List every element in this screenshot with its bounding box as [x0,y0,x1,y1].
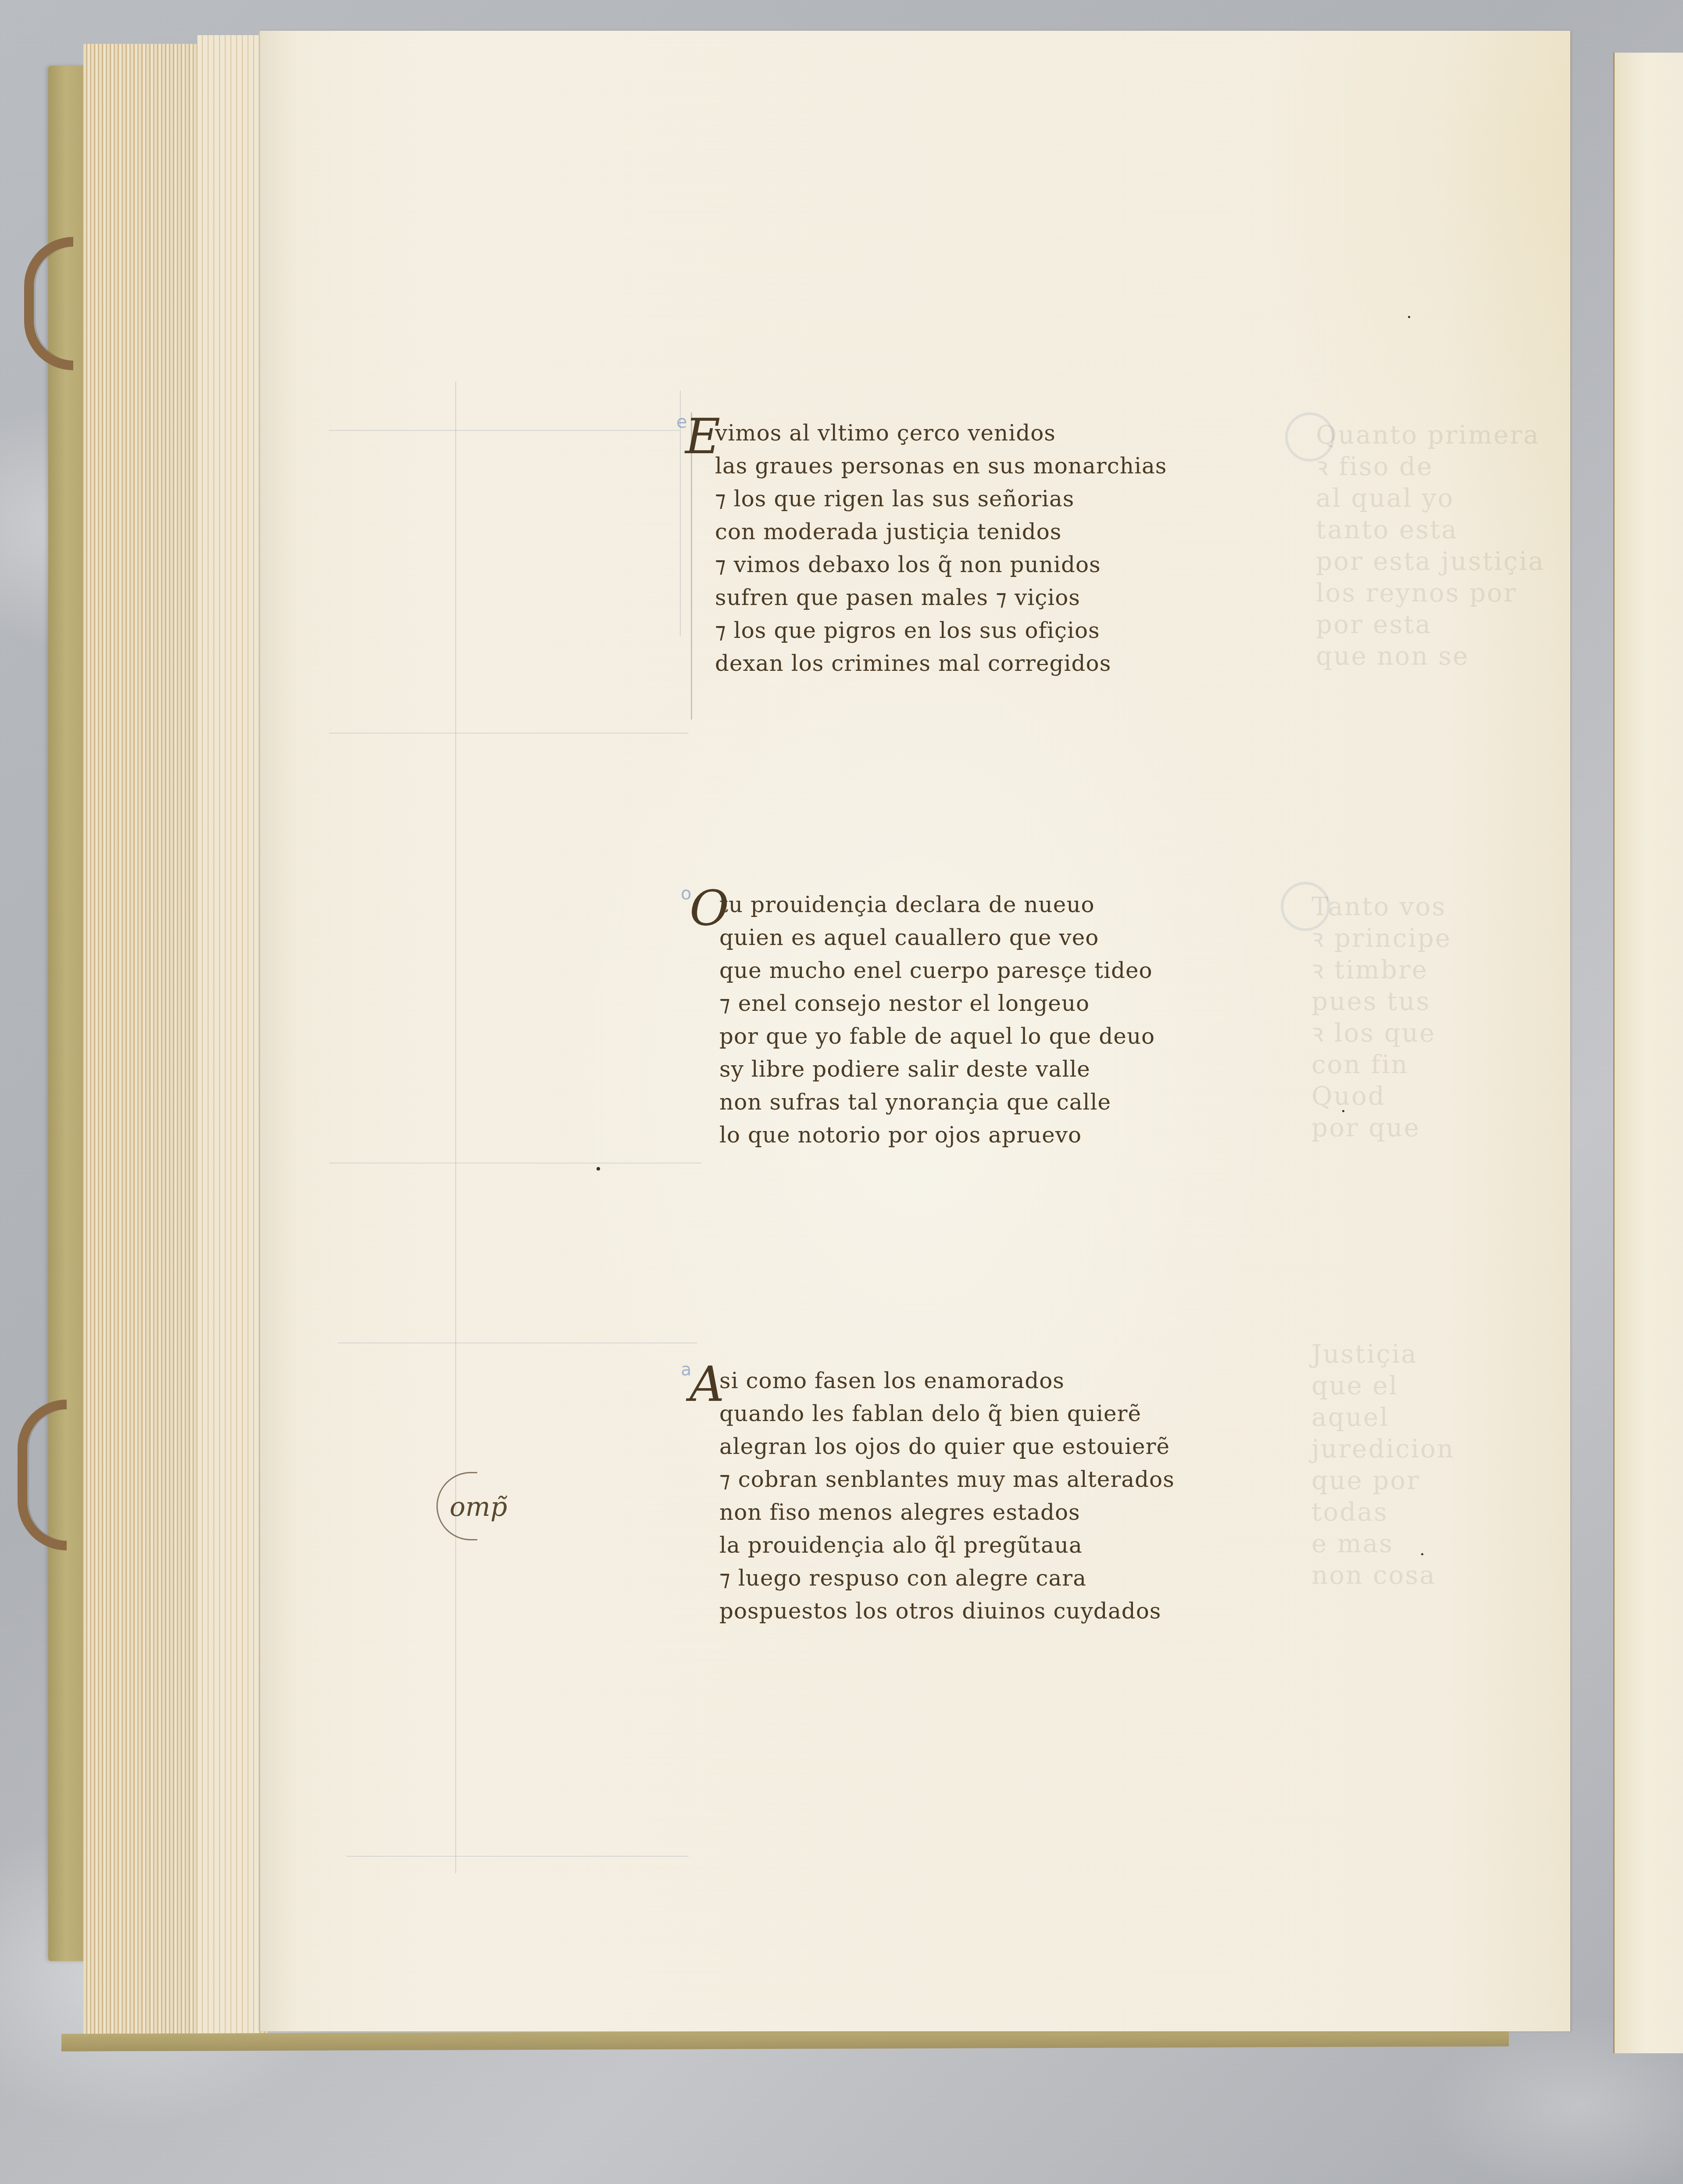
verse-line: non sufras tal ynorançia que calle [719,1086,1155,1119]
marginal-note-bracket [436,1472,477,1540]
ink-speck [1408,316,1410,318]
ink-speck [1421,1553,1423,1555]
verse-line: ⁊ vimos debaxo los q̃ non punidos [715,548,1167,581]
ruling-line-horizontal [338,1343,697,1343]
bleed-through-text-2: Tanto vos ꝛ principe ꝛ timbre pues tus ꝛ… [1311,891,1451,1143]
initial-capital: E [685,412,721,461]
verse-line: quando les fablan delo q̃ bien quierẽ [719,1397,1175,1430]
verse-line: non fiso menos alegres estados [719,1496,1175,1529]
stanza-3: a A si como fasen los enamorados quando … [719,1364,1175,1628]
facing-page [1613,53,1683,2053]
verse-line: con moderada justiçia tenidos [715,516,1167,548]
verse-line: tu prouidençia declara de nueuo [719,888,1155,921]
leather-tie-bottom [18,1400,67,1550]
marginal-note: omp̃ [450,1492,507,1522]
initial-capital: A [690,1360,725,1408]
verse-line: la prouidençia alo q̃l pregũtaua [719,1529,1175,1562]
verse-line: ⁊ enel consejo nestor el longeuo [719,987,1155,1020]
verse-line: alegran los ojos do quier que estouierẽ [719,1430,1175,1463]
ruling-line-horizontal [329,430,680,431]
stanza-2: o O tu prouidençia declara de nueuo quie… [719,888,1155,1152]
ruling-line-horizontal [329,1163,702,1164]
verse-line: las graues personas en sus monarchias [715,450,1167,483]
ruling-line-horizontal [329,733,689,734]
bleed-through-text-1: Quanto primera ꝛ fiso de al qual yo tant… [1316,419,1545,672]
verse-line: ⁊ los que rigen las sus señorias [715,483,1167,516]
verse-line: si como fasen los enamorados [719,1364,1175,1397]
verse-line: ⁊ cobran senblantes muy mas alterados [719,1463,1175,1496]
ruling-line-vertical [455,382,456,1873]
verse-line: quien es aquel cauallero que veo [719,921,1155,954]
leather-tie-top [24,237,73,370]
stanza-1: e E vimos al vltimo çerco venidos las gr… [715,417,1167,680]
initial-capital: O [690,884,729,932]
ruling-line-horizontal [347,1856,689,1857]
book-cover-bottom-edge [61,2029,1509,2052]
verse-line: lo que notorio por ojos apruevo [719,1119,1155,1152]
verse-line: que mucho enel cuerpo paresçe tideo [719,954,1155,987]
verse-line: sufren que pasen males ⁊ viçios [715,581,1167,614]
verse-line: ⁊ luego respuso con alegre cara [719,1562,1175,1595]
verse-line: ⁊ los que pigros en los sus ofiçios [715,614,1167,647]
ink-speck [1342,1110,1344,1112]
bleed-through-text-3: Justiçia que el aquel juredicion que por… [1311,1338,1454,1591]
verse-line: pospuestos los otros diuinos cuydados [719,1595,1175,1628]
page-stack [197,35,259,2036]
verse-line: por que yo fable de aquel lo que deuo [719,1020,1155,1053]
manuscript-page: Quanto primera ꝛ fiso de al qual yo tant… [259,31,1570,2031]
gutter-line [259,31,260,2031]
ink-speck [597,1167,600,1171]
verse-line: sy libre podiere salir deste valle [719,1053,1155,1086]
verse-line: dexan los crimines mal corregidos [715,647,1167,680]
verse-line: vimos al vltimo çerco venidos [715,417,1167,450]
